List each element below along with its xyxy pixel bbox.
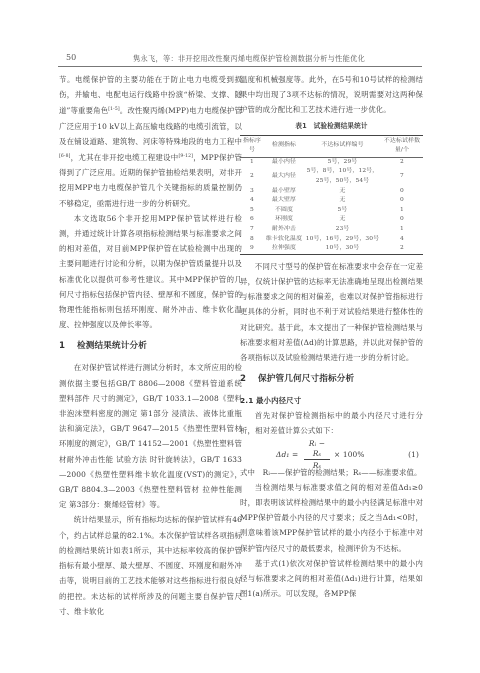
table-row: 5不圆度5号1 — [240, 206, 423, 216]
table-row: 4最大壁厚无0 — [240, 196, 423, 206]
method-paragraph: 本文选取56个非开挖用MPP保护管试样进行检测，并通过统计计算各项指标检测结果与… — [59, 211, 242, 333]
header-failed-count: 不达标试样数量/个 — [381, 135, 423, 157]
citation: [9-12] — [179, 154, 194, 159]
equation-number: (1) — [408, 447, 419, 462]
equation-multiplier: × 100% — [334, 447, 365, 462]
header-failed-samples: 不达标试样编号 — [304, 135, 381, 157]
judgement-paragraph: 当检测结果与标准要求值之间的相对差值Δd₁≥0时，即表明该试样检测结果中的最小内… — [240, 480, 423, 556]
paper-page: 50 隽永飞，等：非开挖用改性聚丙烯电缆保护管检测数据分析与性能优化 节。电缆保… — [0, 0, 480, 673]
running-header: 50 隽永飞，等：非开挖用改性聚丙烯电缆保护管检测数据分析与性能优化 — [58, 52, 422, 67]
equation-1: Δd₁ = Rᵢ − Rₛ Rₛ × 100% (1) — [240, 439, 423, 465]
right-column: 温度和机械强度等。此外，在5号和10号试样的检测结果中均出现了3项不达标的情况，… — [240, 72, 423, 601]
result-paragraph: 基于式(1)依次对保护管试样检测结果中的最小内径与标准要求之间的相对差值(Δd₁… — [240, 556, 423, 602]
citation: [6-8] — [59, 154, 71, 159]
header-index: 指标序号 — [240, 135, 264, 157]
table-row: 7耐外冲击23号1 — [240, 225, 423, 235]
left-column: 节。电缆保护管的主要功能在于防止电力电缆受到损伤，并输电、电配电运行线路中扮演“… — [59, 72, 242, 619]
stats-paragraph: 统计结果显示，所有指标均达标的保护管试样有46个，约占试样总量的82.1%。本次… — [59, 512, 242, 618]
section-heading-2: 2保护管几何尺寸指标分析 — [240, 371, 423, 387]
section-heading-1: 1检测结果统计分析 — [59, 338, 242, 354]
table-row: 9拉伸强度10号，30号2 — [240, 244, 423, 254]
table-header-row: 指标序号 检测指标 不达标试样编号 不达标试样数量/个 — [240, 135, 423, 157]
formula-intro-paragraph: 首先对保护管检测指标中的最小内径尺寸进行分析，相对差值计算公式如下： — [240, 408, 423, 438]
table-row: 3最小壁厚无0 — [240, 187, 423, 197]
intro-paragraph: 节。电缆保护管的主要功能在于防止电力电缆受到损伤，并输电、电配电运行线路中扮演“… — [59, 72, 242, 211]
equation-numerator: Rᵢ − Rₛ — [304, 439, 330, 460]
relative-diff-paragraph: 不同尺寸型号的保护管在标准要求中会存在一定差异，仅统计保护管的达标率无法准确地呈… — [240, 259, 423, 365]
citation: [1-5] — [108, 107, 120, 112]
page-number: 50 — [66, 53, 76, 62]
table-row: 2最大内径5号，8号，10号，12号，25号，50号，54号7 — [240, 167, 423, 186]
results-table: 指标序号 检测指标 不达标试样编号 不达标试样数量/个 1最小内径5号，29号2… — [240, 135, 423, 255]
equation-fraction: Rᵢ − Rₛ Rₛ — [304, 439, 330, 471]
running-title: 隽永飞，等：非开挖用改性聚丙烯电缆保护管检测数据分析与性能优化 — [133, 54, 365, 64]
table-row: 1最小内径5号，29号2 — [240, 157, 423, 167]
continuation-paragraph: 温度和机械强度等。此外，在5号和10号试样的检测结果中均出现了3项不达标的情况，… — [240, 72, 423, 118]
equation-lhs: Δd₁ = — [276, 447, 298, 462]
subsection-heading-2-1: 2.1最小内径尺寸 — [240, 393, 423, 408]
equation-denominator: Rₛ — [304, 460, 330, 471]
table-row: 8维卡软化温度10号，16号，29号，30号4 — [240, 235, 423, 245]
standards-paragraph: 在对保护管试样进行测试分析时，本文所应用的检测依据主要包括GB/T 8806—2… — [59, 360, 242, 512]
header-indicator: 检测指标 — [264, 135, 304, 157]
table-row: 6环刚度无0 — [240, 215, 423, 225]
table-caption: 表1 试验检测结果统计 — [240, 120, 423, 132]
where-clause: 式中 Rᵢ——保护管的检测结果；Rₛ——标准要求值。 — [240, 465, 423, 480]
